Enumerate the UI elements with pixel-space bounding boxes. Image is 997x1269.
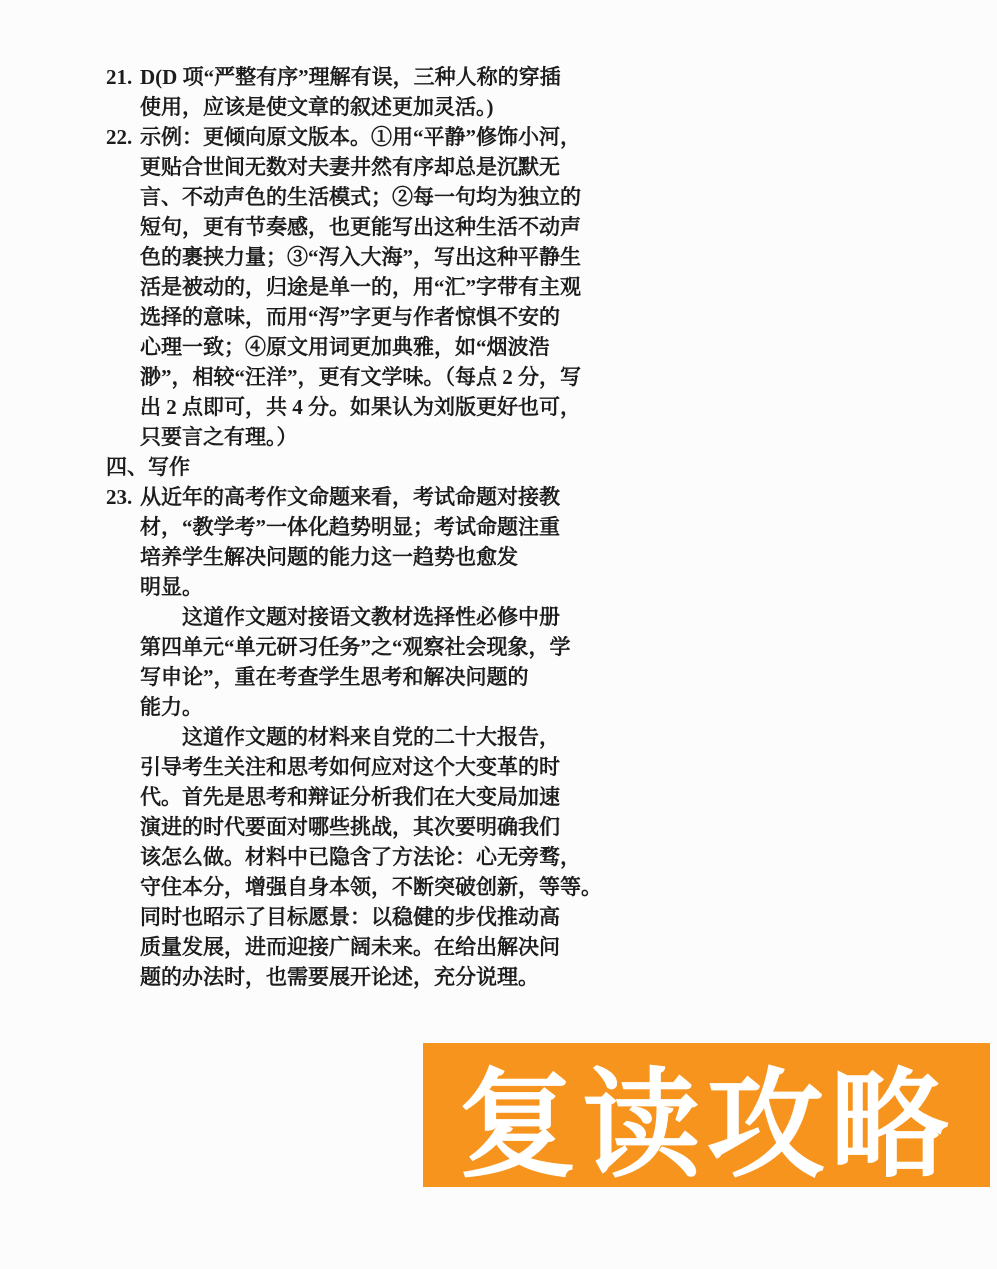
answer-item: 21.D(D 项“严整有序”理解有误，三种人称的穿插使用，应该是使文章的叙述更加… (106, 62, 584, 122)
text-line: 守住本分，增强自身本领，不断突破创新，等等。 (140, 872, 584, 902)
item-number: 23. (106, 482, 132, 512)
text-line: 写申论”，重在考查学生思考和解决问题的 (140, 662, 584, 692)
text-line: 演进的时代要面对哪些挑战，其次要明确我们 (140, 812, 584, 842)
text-line: 质量发展，进而迎接广阔未来。在给出解决问 (140, 932, 584, 962)
text-line: 同时也昭示了目标愿景：以稳健的步伐推动高 (140, 902, 584, 932)
text-line: 该怎么做。材料中已隐含了方法论：心无旁骛， (140, 842, 584, 872)
text-line: 更贴合世间无数对夫妻井然有序却总是沉默无 (140, 152, 584, 182)
text-line: 活是被动的，归途是单一的，用“汇”字带有主观 (140, 272, 584, 302)
item-number: 22. (106, 122, 132, 152)
text-line: 只要言之有理。） (140, 422, 584, 452)
text-line: 引导考生关注和思考如何应对这个大变革的时 (140, 752, 584, 782)
promo-banner-text: 复读攻略 (458, 1030, 954, 1200)
text-line: 这道作文题对接语文教材选择性必修中册 (140, 602, 584, 632)
promo-banner: 复读攻略 (423, 1043, 990, 1187)
answer-item: 23.从近年的高考作文命题来看，考试命题对接教材，“教学考”一体化趋势明显；考试… (106, 482, 584, 992)
text-line: 出 2 点即可，共 4 分。如果认为刘版更好也可， (140, 392, 584, 422)
text-line: 使用，应该是使文章的叙述更加灵活。) (140, 92, 584, 122)
text-line: 能力。 (140, 692, 584, 722)
text-line: 短句，更有节奏感，也更能写出这种生活不动声 (140, 212, 584, 242)
text-line: 代。首先是思考和辩证分析我们在大变局加速 (140, 782, 584, 812)
text-line: 培养学生解决问题的能力这一趋势也愈发 (140, 542, 584, 572)
text-line: 题的办法时，也需要展开论述，充分说理。 (140, 962, 584, 992)
text-line: 渺”，相较“汪洋”，更有文学味。（每点 2 分，写 (140, 362, 584, 392)
text-line: 色的裹挟力量；③“泻入大海”，写出这种平静生 (140, 242, 584, 272)
text-line: D(D 项“严整有序”理解有误，三种人称的穿插 (140, 62, 584, 92)
text-line: 明显。 (140, 572, 584, 602)
item-number: 21. (106, 62, 132, 92)
text-line: 第四单元“单元研习任务”之“观察社会现象，学 (140, 632, 584, 662)
text-line: 示例：更倾向原文版本。①用“平静”修饰小河， (140, 122, 584, 152)
text-line: 心理一致；④原文用词更加典雅，如“烟波浩 (140, 332, 584, 362)
text-line: 选择的意味，而用“泻”字更与作者惊惧不安的 (140, 302, 584, 332)
answer-item: 22.示例：更倾向原文版本。①用“平静”修饰小河，更贴合世间无数对夫妻井然有序却… (106, 122, 584, 452)
section-heading: 四、写作 (106, 452, 584, 482)
text-line: 从近年的高考作文命题来看，考试命题对接教 (140, 482, 584, 512)
text-line: 言、不动声色的生活模式；②每一句均为独立的 (140, 182, 584, 212)
text-line: 材，“教学考”一体化趋势明显；考试命题注重 (140, 512, 584, 542)
text-line: 这道作文题的材料来自党的二十大报告， (140, 722, 584, 752)
document-body: 21.D(D 项“严整有序”理解有误，三种人称的穿插使用，应该是使文章的叙述更加… (106, 62, 584, 992)
